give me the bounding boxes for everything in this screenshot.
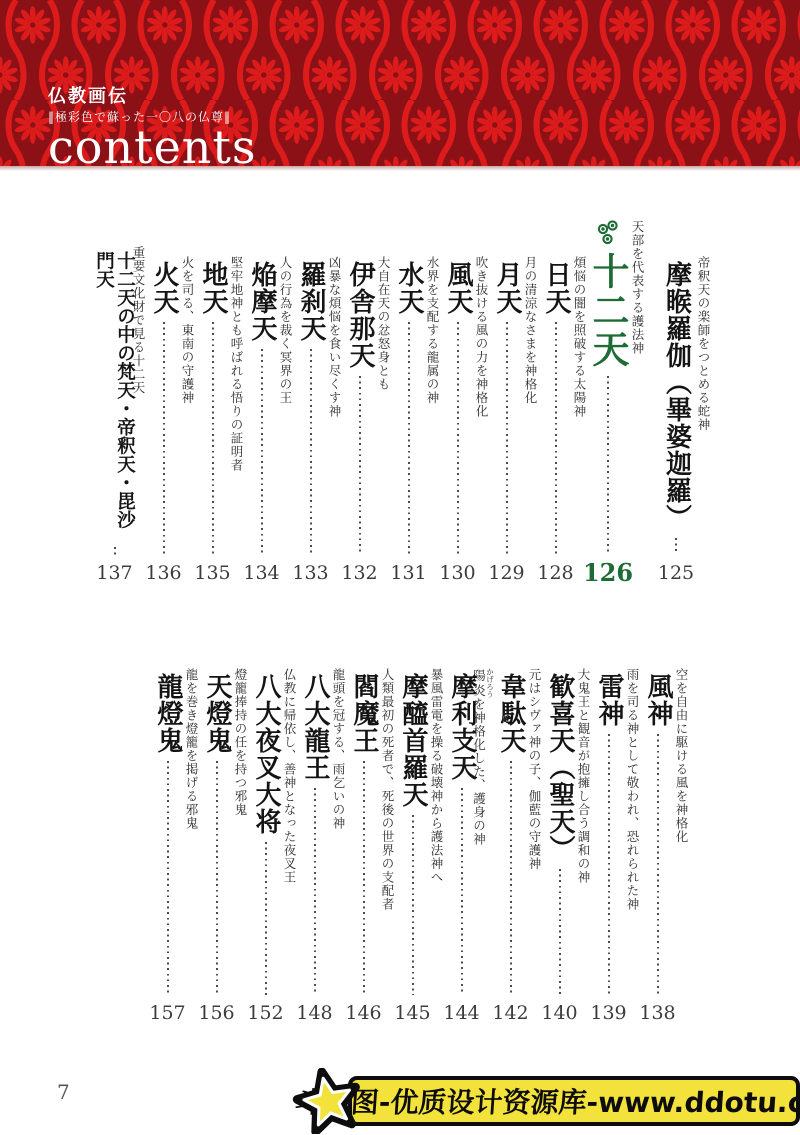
- entry-main-column: 閻魔王 146: [348, 668, 379, 1025]
- dotted-leader: [461, 788, 463, 995]
- book-title: 仏教画伝: [48, 88, 257, 106]
- entry-main-column: 地天 135: [197, 256, 228, 585]
- entry-title: 地天: [197, 256, 228, 315]
- entry-title: 水天: [393, 256, 424, 315]
- toc-entry: 龍を巻き燈籠を掲げる邪鬼 龍燈鬼 157: [151, 662, 200, 1025]
- toc-entry: 水界を支配する龍属の神 水天 131: [392, 220, 441, 585]
- entry-description: 陽炎かげろうを神格化した、護身の神: [477, 668, 494, 1025]
- entry-title: 歓喜天（聖天）: [544, 668, 575, 862]
- entry-title: 日天: [540, 256, 571, 315]
- toc-entry: 暴風雷電を操る破壊神から護法神へ 摩醯首羅天 145: [396, 662, 445, 1025]
- entry-main-column: 十二天の中の梵天・帝釈天・毘沙門天 137: [99, 246, 130, 585]
- toc-entry-section-title: 天部を代表する護法神 十二天 126: [588, 220, 646, 585]
- entry-description: 空を自由に駆ける風を神格化: [673, 668, 690, 1025]
- entry-main-column: 八大龍王 148: [299, 668, 330, 1025]
- entry-page-number: 156: [198, 1001, 234, 1025]
- entry-main-column: 摩睺羅伽（畢婆迦羅） 125: [657, 256, 695, 585]
- entry-main-column: 天燈鬼 156: [201, 668, 232, 1025]
- dotted-leader: [310, 349, 312, 555]
- dotted-leader: [657, 734, 659, 995]
- entry-page-number: 145: [394, 1001, 430, 1025]
- entry-description: 龍頭を冠する、雨乞いの神: [330, 668, 347, 1025]
- entry-description: 火を司る、東南の守護神: [179, 256, 196, 585]
- entry-title: 龍燈鬼: [152, 668, 183, 754]
- toc-entry: 人類最初の死者で、死後の世界の支配者 閻魔王 146: [347, 662, 396, 1025]
- entry-title: 摩睺羅伽（畢婆迦羅）: [661, 256, 692, 531]
- entry-title: 風神: [642, 668, 673, 727]
- entry-page-number: 152: [247, 1001, 283, 1025]
- entry-main-column: 十二天 126: [587, 220, 629, 585]
- entry-main-column: 水天 131: [393, 256, 424, 585]
- dotted-leader: [163, 322, 165, 555]
- dotted-leader: [167, 761, 169, 995]
- dotted-leader: [607, 376, 609, 555]
- toc-entry: 重要文化財で見る十二天 十二天の中の梵天・帝釈天・毘沙門天 137: [98, 220, 147, 585]
- entry-description: 元はシヴァ神の子、伽藍の守護神: [526, 668, 543, 1025]
- entry-title: 羅刹天: [295, 256, 326, 342]
- entry-main-column: 羅刹天 133: [295, 256, 326, 585]
- toc-entry: 煩悩の闇を照破する太陽神 日天 128: [539, 220, 588, 585]
- entry-page-number: 126: [583, 561, 633, 585]
- contents-heading: contents: [48, 124, 257, 170]
- dotted-leader: [265, 842, 267, 995]
- entry-title: 摩醯首羅天: [397, 668, 428, 808]
- page-number: 7: [57, 1080, 70, 1104]
- dotted-leader: [314, 788, 316, 995]
- entry-page-number: 125: [658, 561, 694, 585]
- dotted-leader: [114, 547, 116, 555]
- entry-title: 焔摩天: [246, 256, 277, 342]
- entry-main-column: 月天 129: [491, 256, 522, 585]
- entry-description: 人の行為を裁く冥界の王: [277, 256, 294, 585]
- entry-page-number: 132: [341, 561, 377, 585]
- entry-description: 大鬼王と観音が抱擁し合う調和の神: [575, 668, 592, 1025]
- watermark-box: 斗斗图-优质设计资源库-www.ddotu.com: [348, 1076, 800, 1126]
- entry-page-number: 137: [96, 561, 132, 585]
- toc-entry: 元はシヴァ神の子、伽藍の守護神 韋駄天 142: [494, 662, 543, 1025]
- dotted-leader: [408, 322, 410, 555]
- entry-description: 帝釈天の楽師をつとめる蛇神: [695, 256, 712, 585]
- entry-title: 雷神: [593, 668, 624, 727]
- dotted-leader: [412, 815, 414, 995]
- dotted-leader: [212, 322, 214, 555]
- dotted-leader: [675, 538, 677, 555]
- toc-entry: 燈籠捧持の任を持つ邪鬼 天燈鬼 156: [200, 662, 249, 1025]
- toc-entry: 凶暴な煩悩を食い尽くす神 羅刹天 133: [294, 220, 343, 585]
- entry-main-column: 焔摩天 134: [246, 256, 277, 585]
- toc-entry: 陽炎かげろうを神格化した、護身の神 摩利支天 144: [445, 662, 494, 1025]
- entry-description: 吹き抜ける風の力を神格化: [473, 256, 490, 585]
- dotted-leader: [506, 322, 508, 555]
- entry-main-column: 火天 136: [148, 256, 179, 585]
- entry-main-column: 日天 128: [540, 256, 571, 585]
- entry-title: 伊舎那天: [344, 256, 375, 369]
- toc-entry: 堅牢地神とも呼ばれる悟りの証明者 地天 135: [196, 220, 245, 585]
- toc-entry: 仏教に帰依し、善神となった夜叉王 八大夜叉大将 152: [249, 662, 298, 1025]
- entry-title: 摩利支天: [446, 668, 477, 781]
- toc-entry: 龍頭を冠する、雨乞いの神 八大龍王 148: [298, 662, 347, 1025]
- toc-section-top: 帝釈天の楽師をつとめる蛇神 摩睺羅伽（畢婆迦羅） 125 天部を代表する護法神 …: [90, 220, 712, 585]
- toc-entry: 人の行為を裁く冥界の王 焔摩天 134: [245, 220, 294, 585]
- entry-page-number: 131: [390, 561, 426, 585]
- entry-main-column: 風神 138: [642, 668, 673, 1025]
- entry-description: 龍を巻き燈籠を掲げる邪鬼: [183, 668, 200, 1025]
- entry-page-number: 134: [243, 561, 279, 585]
- entry-description: 天部を代表する護法神: [629, 220, 646, 585]
- entry-description: 仏教に帰依し、善神となった夜叉王: [281, 668, 298, 1025]
- entry-title: 韋駄天: [495, 668, 526, 754]
- entry-main-column: 伊舎那天 132: [344, 256, 375, 585]
- dotted-leader: [359, 376, 361, 555]
- dotted-leader: [363, 761, 365, 995]
- entry-page-number: 133: [292, 561, 328, 585]
- entry-main-column: 龍燈鬼 157: [152, 668, 183, 1025]
- entry-description: 水界を支配する龍属の神: [424, 256, 441, 585]
- entry-description: 暴風雷電を操る破壊神から護法神へ: [428, 668, 445, 1025]
- star-icon: [288, 1068, 368, 1134]
- dotted-leader: [510, 761, 512, 995]
- entry-title: 十二天: [587, 250, 629, 369]
- toc-entry: 大鬼王と観音が抱擁し合う調和の神 歓喜天（聖天） 140: [543, 662, 592, 1025]
- entry-page-number: 157: [149, 1001, 185, 1025]
- dotted-leader: [216, 761, 218, 995]
- entry-main-column: 摩醯首羅天 145: [397, 668, 428, 1025]
- entry-main-column: 歓喜天（聖天） 140: [544, 668, 575, 1025]
- entry-page-number: 140: [541, 1001, 577, 1025]
- entry-title: 風天: [442, 256, 473, 315]
- entry-page-number: 135: [194, 561, 230, 585]
- entry-title: 月天: [491, 256, 522, 315]
- toc-entry: 空を自由に駆ける風を神格化 風神 138: [641, 662, 690, 1025]
- dotted-leader: [555, 322, 557, 555]
- watermark-banner: 斗斗图-优质设计资源库-www.ddotu.com: [280, 1068, 800, 1134]
- entry-description: 凶暴な煩悩を食い尽くす神: [326, 256, 343, 585]
- entry-page-number: 148: [296, 1001, 332, 1025]
- entry-page-number: 129: [488, 561, 524, 585]
- entry-title: 閻魔王: [348, 668, 379, 754]
- entry-description: 堅牢地神とも呼ばれる悟りの証明者: [228, 256, 245, 585]
- entry-title: 八大龍王: [299, 668, 330, 781]
- entry-main-column: 八大夜叉大将 152: [250, 668, 281, 1025]
- entry-title: 火天: [148, 256, 179, 315]
- dotted-leader: [457, 322, 459, 555]
- toc-section-bottom: 空を自由に駆ける風を神格化 風神 138 雨を司る神として敬われ、恐れられた神 …: [149, 662, 690, 1025]
- entry-title: 天燈鬼: [201, 668, 232, 754]
- dotted-leader: [559, 869, 561, 995]
- toc-entry: 帝釈天の楽師をつとめる蛇神 摩睺羅伽（畢婆迦羅） 125: [646, 220, 712, 585]
- header-divider: [0, 166, 800, 171]
- entry-page-number: 128: [537, 561, 573, 585]
- entry-page-number: 139: [590, 1001, 626, 1025]
- dotted-leader: [608, 734, 610, 995]
- watermark-text: 斗斗图-优质设计资源库-www.ddotu.com: [294, 1081, 800, 1121]
- toc-entry: 火を司る、東南の守護神 火天 136: [147, 220, 196, 585]
- toc-entry: 雨を司る神として敬われ、恐れられた神 雷神 139: [592, 662, 641, 1025]
- entry-description: 煩悩の闇を照破する太陽神: [571, 256, 588, 585]
- entry-description: 人類最初の死者で、死後の世界の支配者: [379, 668, 396, 1025]
- entry-main-column: 雷神 139: [593, 668, 624, 1025]
- triple-circle-icon: [597, 220, 619, 246]
- dotted-leader: [261, 349, 263, 555]
- toc-entry: 月の清涼なさまを神格化 月天 129: [490, 220, 539, 585]
- toc-entry: 吹き抜ける風の力を神格化 風天 130: [441, 220, 490, 585]
- entry-description: 月の清涼なさまを神格化: [522, 256, 539, 585]
- entry-description: 燈籠捧持の任を持つ邪鬼: [232, 668, 249, 1025]
- entry-main-column: 摩利支天 144: [446, 668, 477, 1025]
- entry-main-column: 風天 130: [442, 256, 473, 585]
- entry-main-column: 韋駄天 142: [495, 668, 526, 1025]
- entry-page-number: 136: [145, 561, 181, 585]
- header-band: 仏教画伝 ‖極彩色で蘇った一〇八の仏尊‖ contents: [0, 0, 800, 170]
- entry-description: 雨を司る神として敬われ、恐れられた神: [624, 668, 641, 1025]
- entry-title: 八大夜叉大将: [250, 668, 281, 835]
- entry-page-number: 138: [639, 1001, 675, 1025]
- toc-entry: 大自在天の忿怒身とも 伊舎那天 132: [343, 220, 392, 585]
- entry-page-number: 142: [492, 1001, 528, 1025]
- entry-page-number: 146: [345, 1001, 381, 1025]
- entry-page-number: 144: [443, 1001, 479, 1025]
- entry-title: 十二天の中の梵天・帝釈天・毘沙門天: [94, 246, 136, 540]
- entry-page-number: 130: [439, 561, 475, 585]
- entry-description: 大自在天の忿怒身とも: [375, 256, 392, 585]
